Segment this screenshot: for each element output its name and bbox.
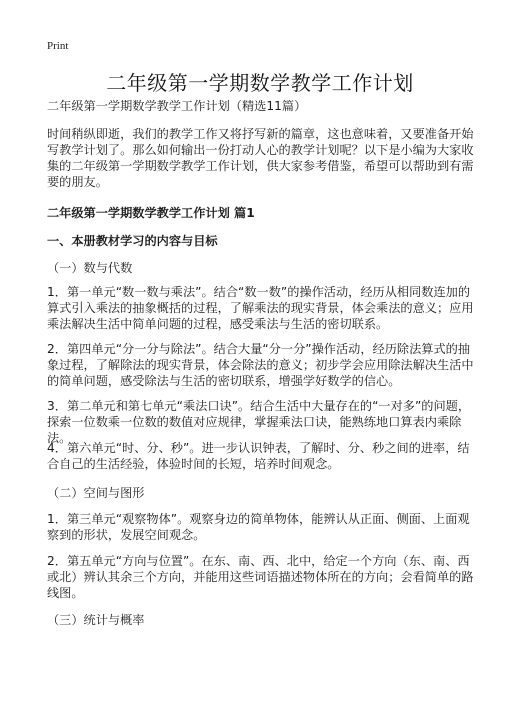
list-item: 1．第三单元“观察物体”。观察身边的简单物体，能辨认从正面、侧面、上面观察到的形… <box>47 511 477 543</box>
subsection-heading-3: （三）统计与概率 <box>47 612 477 628</box>
list-item: 4．第六单元“时、分、秒”。进一步认识钟表，了解时、分、秒之间的进率，结合自己的… <box>47 440 477 472</box>
page-title: 二年级第一学期数学教学工作计划 <box>0 67 520 96</box>
list-item: 1．第一单元“数一数与乘法”。结合“数一数”的操作活动，经历从相同数连加的算式引… <box>47 284 477 332</box>
article-heading: 二年级第一学期数学教学工作计划 篇1 <box>47 205 477 221</box>
list-item: 2．第五单元“方向与位置”。在东、南、西、北中，给定一个方向（东、南、西或北）辨… <box>47 553 477 601</box>
print-link[interactable]: Print <box>47 40 68 52</box>
section-heading: 一、本册教材学习的内容与目标 <box>47 233 477 249</box>
intro-paragraph: 时间稍纵即逝，我们的教学工作又将抒写新的篇章，这也意味着，又要准备开始写教学计划… <box>47 126 477 190</box>
document-page: Print 二年级第一学期数学教学工作计划 二年级第一学期数学教学工作计划（精选… <box>0 0 520 718</box>
subsection-heading-2: （二）空间与图形 <box>47 485 477 501</box>
list-item: 3．第二单元和第七单元“乘法口诀”。结合生活中大量存在的“一对多”的问题，探索一… <box>47 398 477 446</box>
list-item: 2．第四单元“分一分与除法”。结合大量“分一分”操作活动，经历除法算式的抽象过程… <box>47 341 477 389</box>
subsection-heading-1: （一）数与代数 <box>47 260 477 276</box>
document-subtitle: 二年级第一学期数学教学工作计划（精选11篇） <box>47 98 477 114</box>
